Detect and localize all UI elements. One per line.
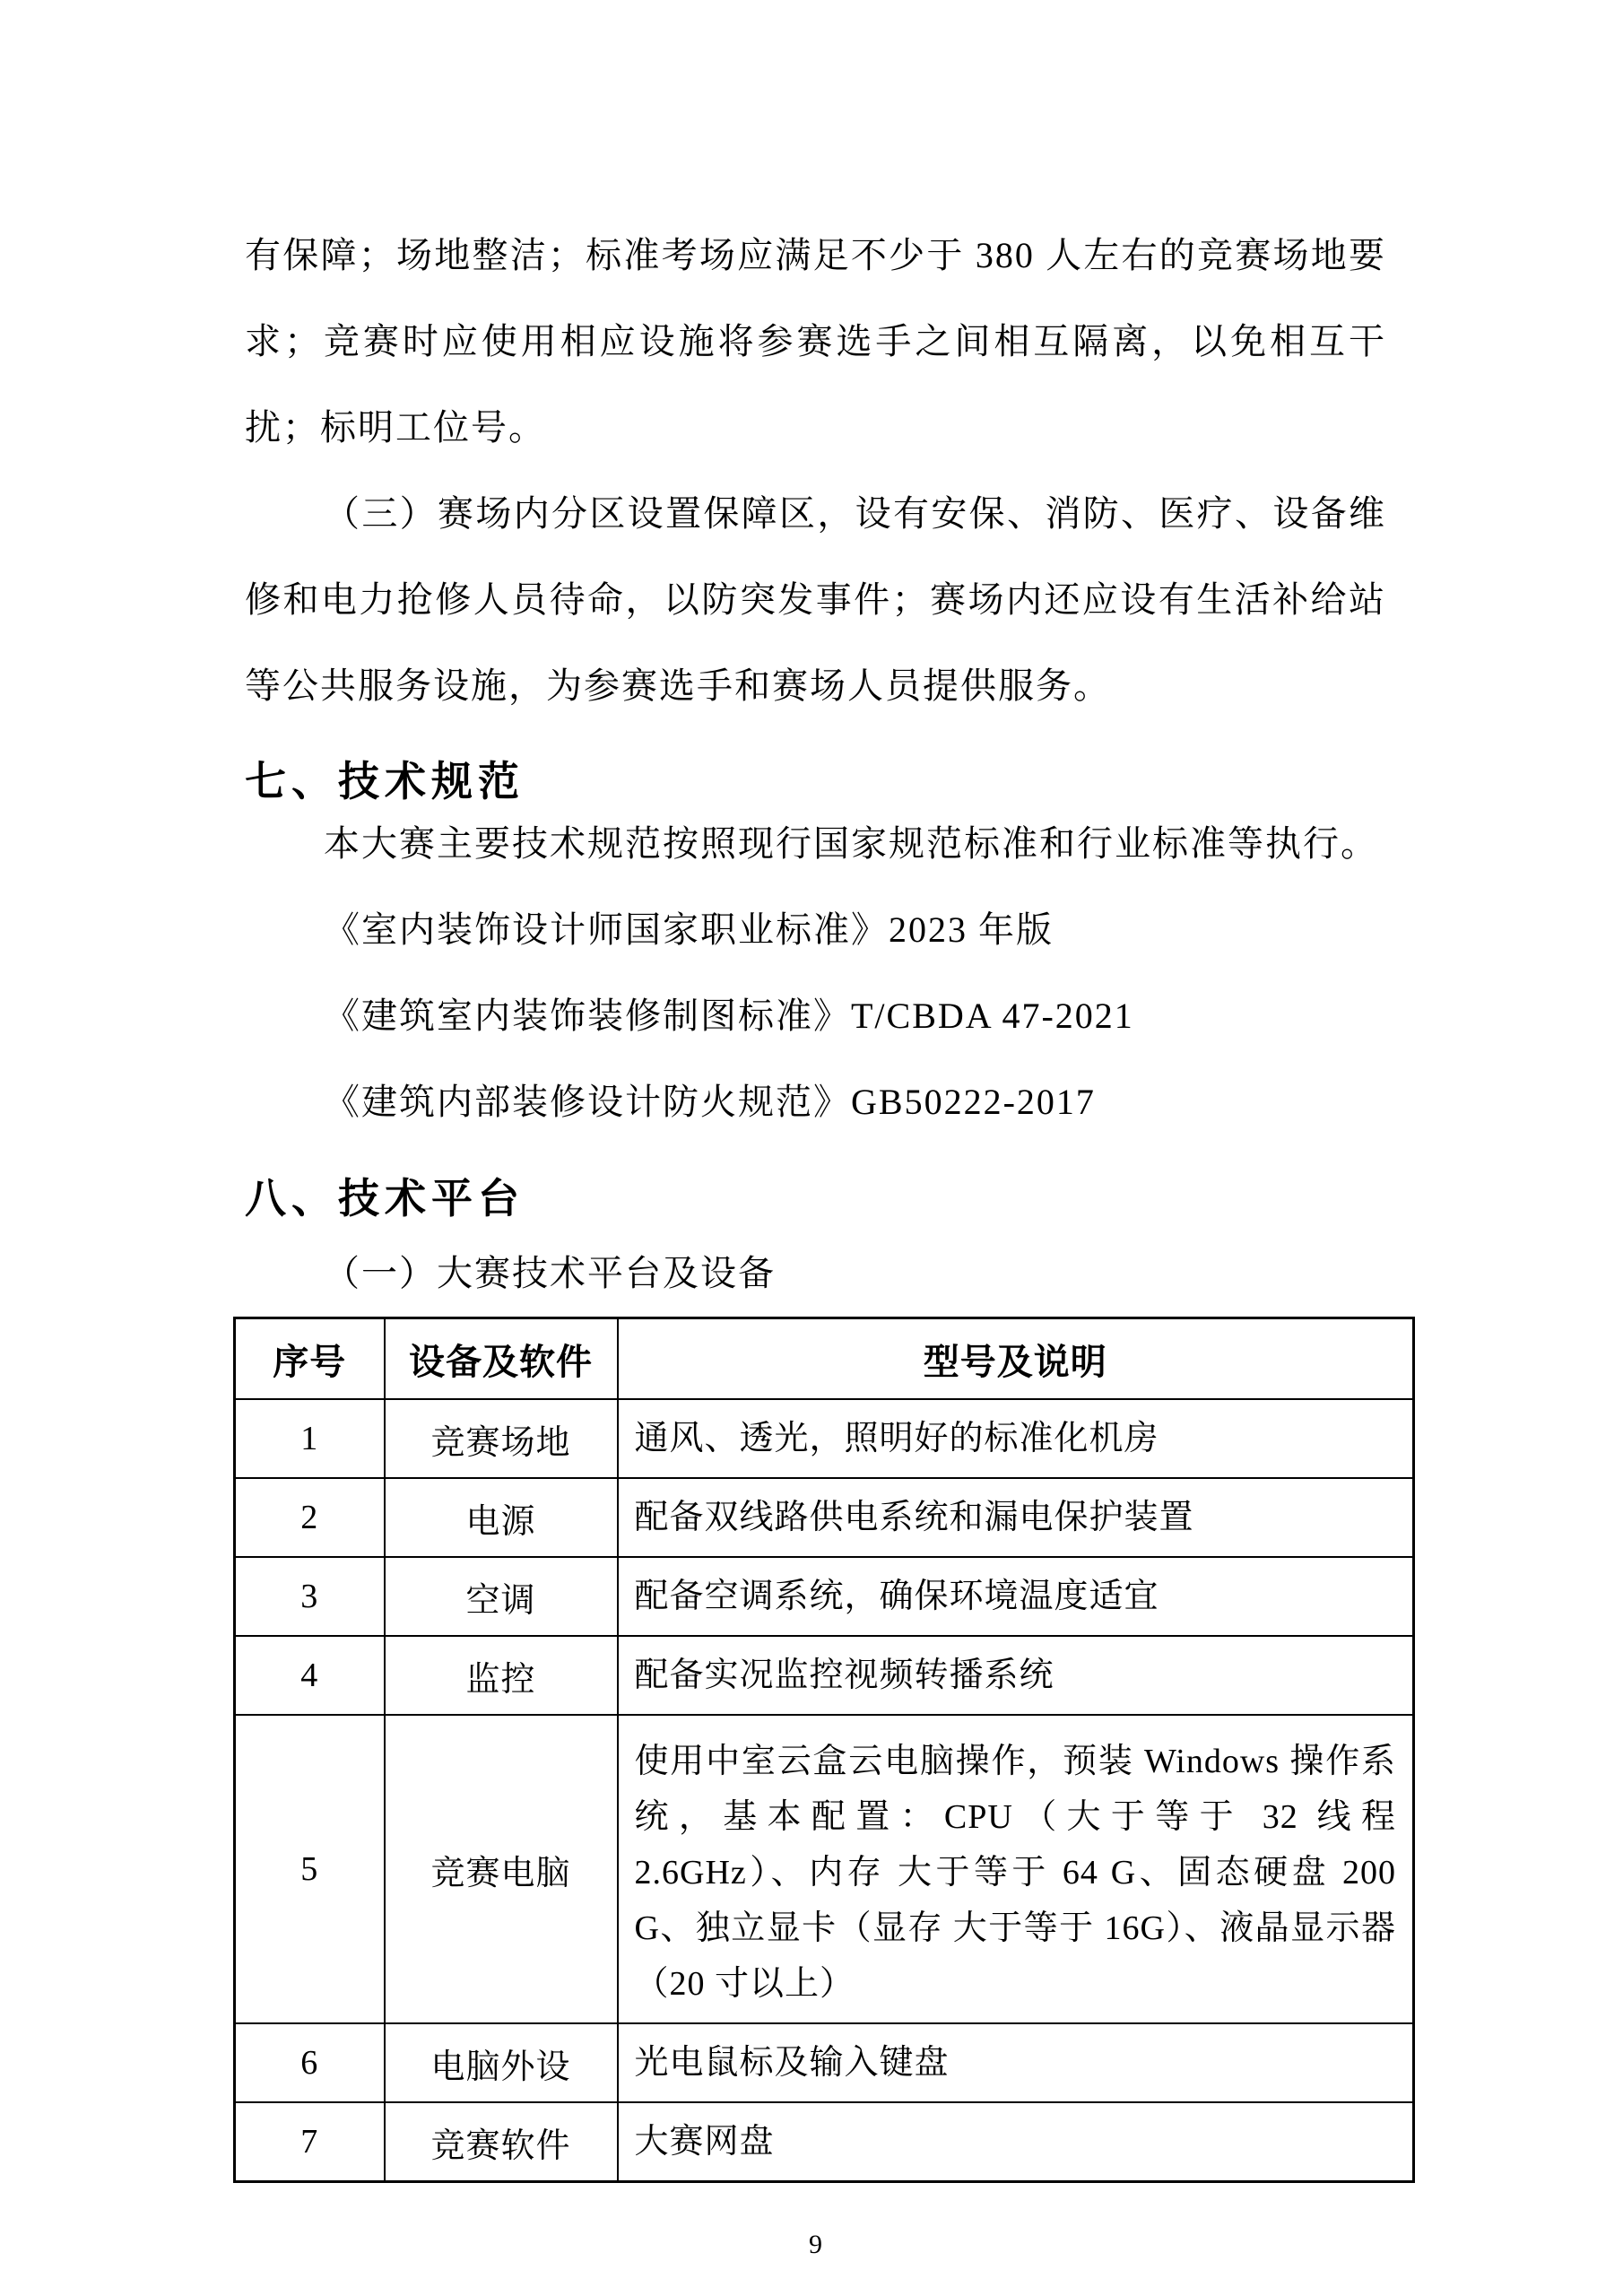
- row-no: 7: [235, 2102, 385, 2182]
- section-8-heading: 八、技术平台: [245, 1171, 1386, 1225]
- item-3-paragraph: （三）赛场内分区设置保障区，设有安保、消防、医疗、设备维修和电力抢修人员待命，以…: [245, 471, 1386, 729]
- row-no: 5: [235, 1715, 385, 2023]
- row-no: 4: [235, 1636, 385, 1715]
- row-device: 电源: [385, 1478, 618, 1557]
- section-7-heading: 七、技术规范: [245, 754, 1386, 808]
- header-cell-desc: 型号及说明: [618, 1318, 1414, 1400]
- row-device: 电脑外设: [385, 2023, 618, 2102]
- row-desc: 配备双线路供电系统和漏电保护装置: [618, 1478, 1414, 1557]
- standard-item-1: 《室内装饰设计师国家职业标准》2023 年版: [245, 887, 1386, 973]
- row-desc: 光电鼠标及输入键盘: [618, 2023, 1414, 2102]
- row-desc: 大赛网盘: [618, 2102, 1414, 2182]
- row-device: 监控: [385, 1636, 618, 1715]
- continuation-paragraph: 有保障；场地整洁；标准考场应满足不少于 380 人左右的竞赛场地要求；竞赛时应使…: [245, 213, 1386, 471]
- row-no: 2: [235, 1478, 385, 1557]
- standard-item-2: 《建筑室内装饰装修制图标准》T/CBDA 47-2021: [245, 973, 1386, 1059]
- row-desc: 配备空调系统，确保环境温度适宜: [618, 1557, 1414, 1636]
- row-no: 6: [235, 2023, 385, 2102]
- row-device: 竞赛电脑: [385, 1715, 618, 2023]
- row-desc: 通风、透光，照明好的标准化机房: [618, 1399, 1414, 1478]
- row-desc: 配备实况监控视频转播系统: [618, 1636, 1414, 1715]
- equipment-table: 序号 设备及软件 型号及说明 1 竞赛场地 通风、透光，照明好的标准化机房 2 …: [233, 1317, 1415, 2183]
- row-no: 1: [235, 1399, 385, 1478]
- document-page: 有保障；场地整洁；标准考场应满足不少于 380 人左右的竞赛场地要求；竞赛时应使…: [0, 0, 1623, 2296]
- row-desc: 使用中室云盒云电脑操作，预装 Windows 操作系统，基本配置：CPU（大于等…: [618, 1715, 1414, 2023]
- table-row: 5 竞赛电脑 使用中室云盒云电脑操作，预装 Windows 操作系统，基本配置：…: [235, 1715, 1414, 2023]
- header-cell-device: 设备及软件: [385, 1318, 618, 1400]
- header-cell-no: 序号: [235, 1318, 385, 1400]
- table-row: 1 竞赛场地 通风、透光，照明好的标准化机房: [235, 1399, 1414, 1478]
- row-device: 竞赛软件: [385, 2102, 618, 2182]
- row-device: 竞赛场地: [385, 1399, 618, 1478]
- table-row: 6 电脑外设 光电鼠标及输入键盘: [235, 2023, 1414, 2102]
- row-no: 3: [235, 1557, 385, 1636]
- table-row: 2 电源 配备双线路供电系统和漏电保护装置: [235, 1478, 1414, 1557]
- page-number: 9: [245, 2230, 1386, 2260]
- standard-item-3: 《建筑内部装修设计防火规范》GB50222-2017: [245, 1059, 1386, 1145]
- table-header-row: 序号 设备及软件 型号及说明: [235, 1318, 1414, 1400]
- section-8-subheading: （一）大赛技术平台及设备: [245, 1231, 1386, 1317]
- section-7-intro: 本大赛主要技术规范按照现行国家规范标准和行业标准等执行。: [245, 801, 1386, 887]
- table-row: 3 空调 配备空调系统，确保环境温度适宜: [235, 1557, 1414, 1636]
- table-row: 7 竞赛软件 大赛网盘: [235, 2102, 1414, 2182]
- table-row: 4 监控 配备实况监控视频转播系统: [235, 1636, 1414, 1715]
- row-device: 空调: [385, 1557, 618, 1636]
